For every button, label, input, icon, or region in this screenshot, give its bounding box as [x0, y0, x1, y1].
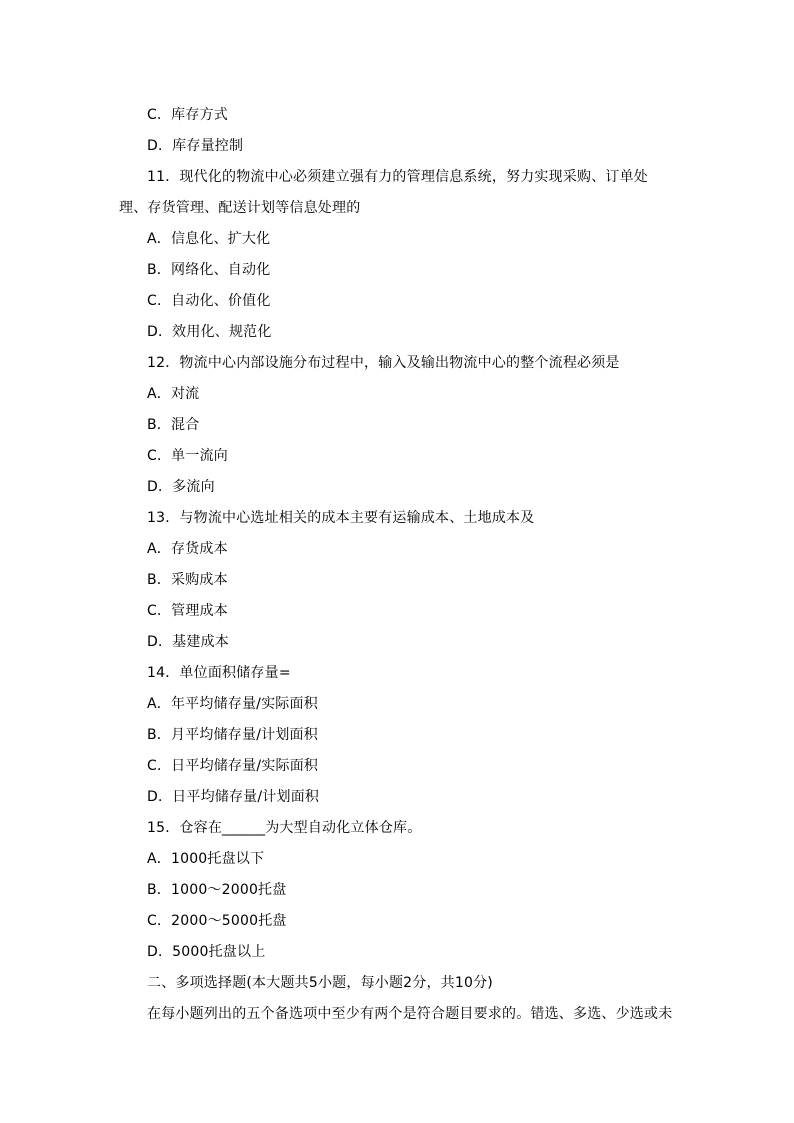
question-12: 12．物流中心内部设施分布过程中，输入及输出物流中心的整个流程必须是 [119, 348, 679, 379]
option-15d: D．5000托盘以上 [119, 937, 679, 968]
option-13b: B．采购成本 [119, 565, 679, 596]
question-11: 11．现代化的物流中心必须建立强有力的管理信息系统，努力实现采购、订单处理、存货… [119, 162, 659, 224]
option-14b: B．月平均储存量/计划面积 [119, 720, 679, 751]
section-instruction: 在每小题列出的五个备选项中至少有两个是符合题目要求的。错选、多选、少选或未 [119, 999, 679, 1030]
option-13c: C．管理成本 [119, 596, 679, 627]
option-12b: B．混合 [119, 410, 679, 441]
option-11c: C．自动化、价值化 [119, 286, 679, 317]
option-13d: D．基建成本 [119, 627, 679, 658]
option-10c: C．库存方式 [119, 100, 679, 131]
option-15a: A．1000托盘以下 [119, 844, 679, 875]
option-12c: C．单一流向 [119, 441, 679, 472]
question-14: 14．单位面积储存量= [119, 658, 679, 689]
option-12a: A．对流 [119, 379, 679, 410]
option-14a: A．年平均储存量/实际面积 [119, 689, 679, 720]
option-15c: C．2000～5000托盘 [119, 906, 679, 937]
option-14d: D．日平均储存量/计划面积 [119, 782, 679, 813]
option-11a: A．信息化、扩大化 [119, 224, 679, 255]
question-13: 13．与物流中心选址相关的成本主要有运输成本、土地成本及 [119, 503, 679, 534]
question-15: 15．仓容在______为大型自动化立体仓库。 [119, 813, 679, 844]
option-11d: D．效用化、规范化 [119, 317, 679, 348]
option-15b: B．1000～2000托盘 [119, 875, 679, 906]
option-13a: A．存货成本 [119, 534, 679, 565]
exam-page: C．库存方式 D．库存量控制 11．现代化的物流中心必须建立强有力的管理信息系统… [119, 100, 679, 1030]
option-10d: D．库存量控制 [119, 131, 679, 162]
option-11b: B．网络化、自动化 [119, 255, 679, 286]
option-14c: C．日平均储存量/实际面积 [119, 751, 679, 782]
option-12d: D．多流向 [119, 472, 679, 503]
section-heading-multiple-choice: 二、多项选择题(本大题共5小题，每小题2分，共10分) [119, 968, 679, 999]
